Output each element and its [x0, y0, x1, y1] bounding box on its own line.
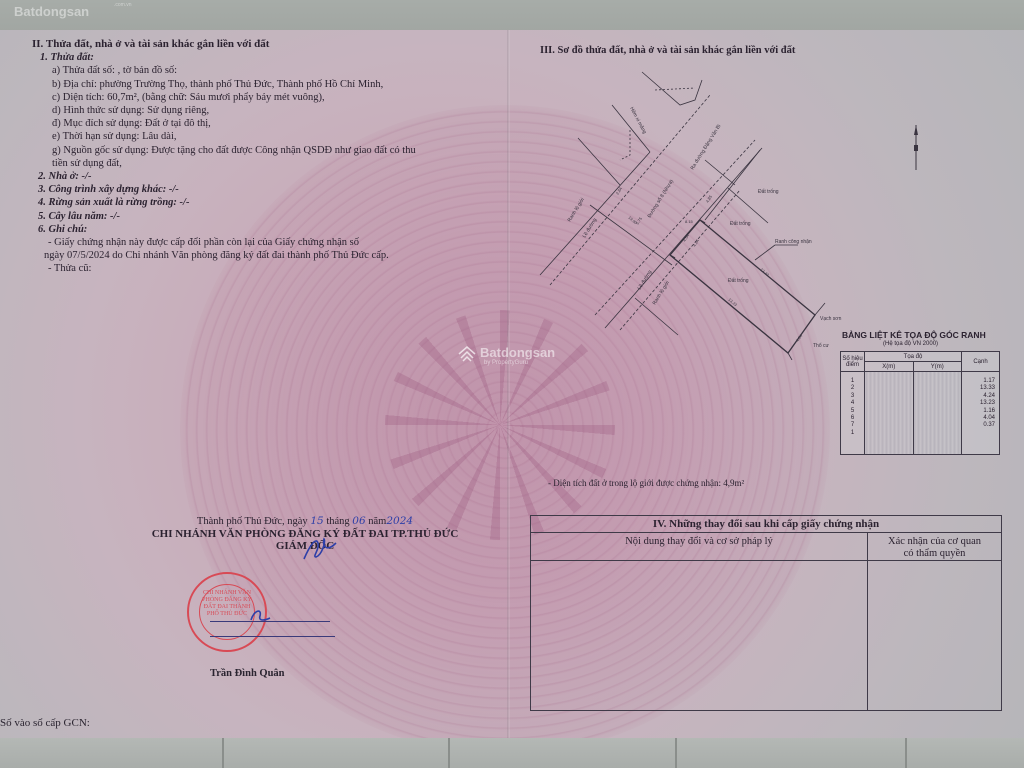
y-values-redacted [913, 372, 962, 455]
edge-length: 13.33 [962, 385, 995, 392]
point-id: 1 [841, 430, 864, 437]
background-floor [0, 738, 1024, 768]
house-item: 2. Nhà ở: -/- [38, 170, 416, 183]
edge-length: 4.04 [962, 415, 995, 422]
point-id: 1 [841, 378, 864, 385]
forest-item: 4. Rừng sản xuất là rừng trồng: -/- [38, 196, 416, 209]
edge-length: 0.37 [962, 422, 995, 429]
point-id: 7 [841, 422, 864, 429]
perennial-item: 5. Cây lâu năm: -/- [38, 210, 416, 223]
label-road-name: Đường số 8 (Nhựa) [647, 178, 676, 219]
label-recognized-boundary: Ranh công nhận [775, 239, 812, 245]
watermark-domain: .com.vn [114, 2, 132, 8]
header-y: Y(m) [913, 362, 962, 372]
edge-length: 1.16 [962, 408, 995, 415]
point-id: 5 [841, 408, 864, 415]
watermark-brand: Batdongsan [14, 4, 89, 19]
label-alley: Hẻm xi măng [628, 106, 647, 135]
changes-table-title: IV. Những thay đổi sau khi cấp giấy chứn… [531, 516, 1002, 533]
edge-length: 4.24 [962, 393, 995, 400]
north-arrow-icon [913, 125, 919, 170]
label-dimension: 4.54 [682, 233, 691, 243]
stamp-signature [248, 606, 272, 626]
land-item: b) Địa chỉ: phường Trường Thọ, thành phố… [52, 78, 416, 91]
label-to-road: Ra đường Đặng Văn Bi [690, 124, 723, 171]
road-area-note: - Diện tích đất ở trong lộ giới được chứ… [548, 477, 744, 490]
label-dimension: 8.15 [685, 219, 694, 224]
date-day: 15 [310, 515, 323, 527]
point-id: 2 [841, 385, 864, 392]
label-road-edge: Lề đường [637, 269, 654, 291]
watermark-top: Batdongsan .com.vn [14, 4, 89, 19]
label-road-edge: Lề đường [582, 217, 599, 239]
land-item: a) Thửa đất số: , tờ bản đồ số: [52, 64, 416, 77]
other-works-item: 3. Công trình xây dựng khác: -/- [38, 183, 416, 196]
land-heading: 1. Thửa đất: [40, 51, 416, 64]
col-authority-confirmation: Xác nhận của cơ quan có thẩm quyền [868, 533, 1002, 561]
date-month-label: tháng [326, 516, 349, 527]
land-item: g) Nguồn gốc sử dụng: Được tặng cho đất … [52, 144, 416, 157]
section-ii-title: II. Thửa đất, nhà ở và tài sản khác gắn … [32, 38, 416, 51]
label-vacant-land: Đất trống [758, 189, 779, 195]
point-list: 12345671 [841, 372, 865, 455]
label-residential: Thổ cư [813, 342, 830, 349]
land-item: d) Hình thức sử dụng: Sử dụng riêng, [52, 104, 416, 117]
label-paint-line: Vạch sơn [820, 316, 842, 322]
note-line: - Giấy chứng nhận này được cấp đổi phần … [48, 236, 416, 249]
label-dimension: 4.85 [705, 194, 714, 204]
land-plot-diagram: Hẻm xi măng Ranh lộ giới Lề đường Đường … [530, 60, 850, 360]
x-values-redacted [865, 372, 914, 455]
header-coords: Tọa độ [865, 352, 962, 362]
changes-table: IV. Những thay đổi sau khi cấp giấy chứn… [530, 515, 1002, 711]
notes-heading: 6. Ghi chú: [38, 223, 416, 236]
background-wall [0, 0, 1024, 32]
header-edge: Cạnh [962, 352, 1000, 372]
point-id: 4 [841, 400, 864, 407]
batdongsan-logo-icon [458, 346, 476, 362]
signature-mark [300, 535, 340, 565]
header-x: X(m) [865, 362, 914, 372]
date-month: 06 [352, 515, 365, 527]
land-item-continuation: tiền sử dụng đất, [52, 157, 416, 170]
date-prefix: Thành phố Thủ Đức, ngày [197, 516, 308, 527]
note-line: ngày 07/5/2024 do Chi nhánh Văn phòng đă… [44, 249, 416, 262]
point-id: 3 [841, 393, 864, 400]
authority-confirmation-cell [868, 561, 1002, 711]
label-dimension: 5.75 [635, 216, 644, 226]
header-point: Số hiệu điểm [841, 352, 865, 372]
book-number-label: Số vào sổ cấp GCN: [0, 717, 90, 729]
date-year-label: năm [368, 516, 386, 527]
label-dimension: 13.33 [759, 267, 770, 278]
label-road-boundary: Ranh lộ giới [652, 280, 671, 306]
land-item: đ) Mục đích sử dụng: Đất ở tại đô thị, [52, 117, 416, 130]
label-dimension: 4.04 [795, 333, 804, 343]
coordinate-table-subtitle: (Hệ tọa độ VN 2000) [883, 341, 938, 347]
signature-line [210, 636, 335, 637]
label-vacant-land: Đất trống [728, 278, 749, 284]
note-line: - Thửa cũ: [48, 262, 416, 275]
signing-date: Thành phố Thủ Đức, ngày 15 tháng 06 năm2… [100, 515, 510, 527]
signer-name: Trần Đình Quân [210, 668, 285, 679]
land-item: c) Diện tích: 60,7m², (bằng chữ: Sáu mươ… [52, 91, 416, 104]
point-id: 6 [841, 415, 864, 422]
label-dimension: 4.24 [692, 238, 701, 248]
date-year: 2024 [386, 515, 413, 527]
section-iii-title: III. Sơ đồ thửa đất, nhà ở và tài sản kh… [540, 44, 795, 57]
watermark-tagline: by PropertyGuru [484, 360, 555, 366]
page-fold [507, 30, 510, 740]
coordinate-table-title: BẢNG LIỆT KÊ TỌA ĐỘ GÓC RANH [842, 330, 986, 340]
watermark-brand: Batdongsan [480, 345, 555, 360]
label-dimension: 13.23 [727, 297, 738, 308]
land-item: e) Thời hạn sử dụng: Lâu dài, [52, 130, 416, 143]
col-change-content: Nội dung thay đổi và cơ sở pháp lý [531, 533, 868, 561]
change-content-cell [531, 561, 868, 711]
watermark-center: Batdongsan by PropertyGuru [458, 345, 555, 366]
land-details-section: II. Thửa đất, nhà ở và tài sản khác gắn … [38, 38, 416, 276]
edge-length: 13.23 [962, 400, 995, 407]
label-road-boundary: Ranh lộ giới [567, 197, 586, 223]
label-dimension: 2.84 [615, 186, 624, 196]
edge-list: 1.1713.334.2413.231.164.040.37 [962, 372, 1000, 455]
edge-length: 1.17 [962, 378, 995, 385]
coordinate-table: Số hiệu điểm Tọa độ Cạnh X(m) Y(m) 12345… [840, 351, 1000, 455]
label-vacant-land: Đất trống [730, 221, 751, 227]
